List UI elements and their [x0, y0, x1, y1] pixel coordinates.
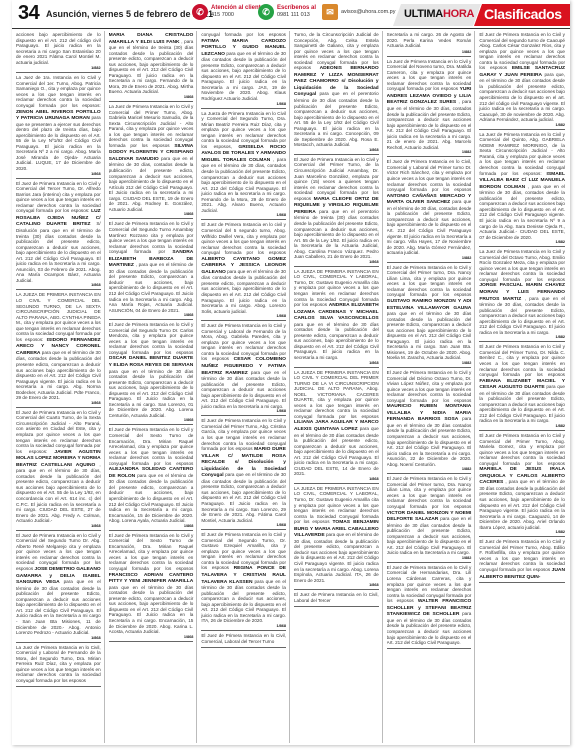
notice-text: para que en el término de 30 días contad… [201, 269, 286, 314]
dateline: Asunción, viernes 5 de febrero de 2021 [46, 9, 213, 19]
legal-notice: El Juez de Primera Instancia en lo Civil… [479, 31, 565, 130]
phone-icon: ✆ [192, 4, 208, 20]
notice-text: para que en el término de 30 días contad… [387, 516, 472, 555]
notice-text: para que en el término de 30 días contad… [109, 473, 194, 523]
notice-parties: MAURICIO RUBEN MONTANIA VILLALBA Y NIDIA… [387, 404, 472, 422]
notice-code: 1/868 [201, 213, 286, 217]
legal-notice: La Juez de Primera Instancia en lo Civil… [479, 248, 565, 342]
notice-text: El Juez de Primera Instancia en lo Civil… [479, 344, 565, 377]
customer-service-contact: ✆ Atención al cliente:415 7000 [192, 4, 266, 20]
notice-text: , para que en el término de 30 días, con… [201, 157, 286, 213]
legal-notice: El Juez de Primera Instancia en lo Civil… [387, 158, 472, 262]
notice-parties: OSCAR DANIEL BENITEZ DUARTE Y ELIDA ROSA… [109, 356, 194, 368]
notice-code: 1/882 [387, 361, 472, 365]
notice-text: para que en el término de 30 días, conta… [387, 199, 472, 255]
legal-notice: El Juez de Primera Instancia en lo Civil… [201, 632, 286, 648]
notice-code: 1/868 [16, 401, 101, 405]
legal-notice: La Juez de Primera Instancia en lo Civil… [387, 58, 472, 158]
legal-notice: Secretaría a mi cargo. 26 de Agosto de 2… [387, 31, 472, 57]
notice-text: para que en el perentorio término de 30 … [294, 91, 379, 147]
email-contact: ✉ avisos@uhora.com.py [322, 4, 396, 20]
notice-code: 1/882 [387, 50, 472, 54]
legal-notice: conyugal formada por los esposos FATIMA … [201, 31, 286, 109]
legal-notice: El Juez de Primera Instancia en lo Civil… [16, 180, 101, 291]
page-header: 34 Asunción, viernes 5 de febrero de 202… [12, 0, 570, 30]
legal-notice: MARIA DIANA CRISTALDO AMARILLA Y ELDI LU… [109, 31, 194, 102]
notice-text: para que, en el término de 30 días conta… [479, 72, 565, 122]
notice-text: La Juez de 1ra. Instancia en lo Civil y … [16, 75, 101, 108]
contact-value: avisos@uhora.com.py [341, 9, 396, 15]
header-divider [12, 28, 570, 29]
legal-notice: El Juez de Primera Instancia en lo Civil… [387, 369, 472, 474]
legal-notice: El Juez de Primera Instancia en lo Civil… [387, 264, 472, 368]
legal-notice: La Juez de Primera Instancia en lo Civil… [16, 644, 101, 688]
notice-text: , para que en el término de 30 días, con… [479, 184, 565, 240]
legal-notice: El Juez de Primera Instancia en lo Civil… [387, 475, 472, 563]
notice-text: para que en el término de 30 días contad… [201, 472, 286, 522]
notice-text: El Juez de Primera Instancia en lo Civil… [387, 370, 472, 403]
notice-text: para que en el término de 30 días contad… [294, 426, 379, 476]
notice-text: La Juez de Primera Instancia en lo Civil… [109, 104, 194, 148]
notice-text: LA JUEZA DE PRIMERA INSTANCIA EN LO CIVI… [294, 370, 379, 419]
legal-notice: El Juez de Primera Instancia en lo Civil… [201, 531, 286, 631]
notice-text: para que en el término de 30 días, conta… [294, 532, 379, 582]
notice-code: 1/868 [201, 102, 286, 106]
column-2: MARIA DIANA CRISTALDO AMARILLA Y ELDI LU… [109, 31, 198, 743]
notice-parties: GUSTAVO RAMIRO MONZON Y ADI ESTELVINA VI… [387, 299, 472, 311]
notice-code: 1/882 [387, 150, 472, 154]
notice-code: 1/868 [109, 418, 194, 422]
notice-code: 1/868 [109, 212, 194, 216]
notice-code: 1/868 [109, 95, 194, 99]
legal-notice: La Juez de Primera Instancia en lo Civil… [109, 103, 194, 219]
notice-code: 1/868 [294, 583, 379, 587]
legal-notice: El Juez de Primera Instancia en lo Civil… [201, 417, 286, 530]
classifieds-columns: acciones bajo apercibimiento de lo dispu… [16, 31, 568, 743]
legal-notice: El Juez de Primera Instancia en lo Civil… [479, 343, 565, 431]
column-4: Turno, de la Circunscripción Judicial de… [294, 31, 383, 743]
legal-notice: El Juez de Primera Instancia en lo Civil… [387, 564, 472, 649]
notice-text: , para que en el término de treinta (30)… [109, 39, 194, 95]
notice-text: El Juez de Primera Instancia en lo Civil… [479, 32, 565, 70]
notice-text: para que en el término de 30 días contad… [387, 416, 472, 466]
notice-code: 1/868 [16, 636, 101, 640]
notice-text: LA JUEZA DE PRIMERA INSTANCIA EN LO CIVI… [294, 269, 379, 307]
notice-text: , para que en el término de 30 días cont… [109, 262, 194, 312]
legal-notice: Turno, de la Circunscripción Judicial de… [294, 31, 379, 155]
notice-text: El Juez de Primera Instancia en lo civil… [201, 222, 286, 255]
notice-text: para que en el término de 30 días contad… [16, 579, 101, 635]
notice-text: para que en el término de 30 días, conta… [109, 156, 194, 212]
legal-notice: El Juez de Primera Instancia en lo Civil… [16, 532, 101, 643]
notice-text: El Juez de Primera Instancia en lo Civil… [201, 323, 286, 361]
notice-code: 1/868 [294, 477, 379, 481]
column-5: Secretaría a mi cargo. 26 de Agosto de 2… [387, 31, 476, 743]
notice-text: para que en el término de 30 días contad… [201, 51, 286, 101]
notice-code: 1/868 [109, 313, 194, 317]
notice-text: El Juez de Primera Instancia en lo Civil… [201, 532, 286, 570]
notice-text: El Juez de Primera Instancia en lo Civil… [387, 565, 472, 603]
legal-notice: La Juez de 1ra. Instancia en lo Civil y … [16, 74, 101, 178]
brand-part-b: HORA [443, 8, 474, 20]
notice-parties: FRANCISCO ADRIAN CANTERO PITTY Y YENI JE… [109, 573, 194, 585]
mail-icon: ✉ [322, 4, 338, 20]
page-number: 34 [18, 2, 39, 25]
legal-notice: LA JUEZA DE PRIMERA INSTANCIA EN LO CIVI… [16, 291, 101, 407]
legal-notice: El Juez de Primera Instancia en lo Civil… [294, 591, 379, 607]
notice-text: El Juez de Primera Instancia en lo Civil… [16, 533, 101, 571]
legal-notice: LA JUEZA DE PRIMERA INSTANCIA EN LO CIVI… [294, 268, 379, 368]
notice-code: 1/868 [294, 260, 379, 264]
notice-code: 1/868 [16, 283, 101, 287]
notice-text: Secretaría a mi cargo. 26 de Agosto de 2… [387, 32, 472, 48]
notice-text: para que en el término de 30 días contad… [387, 311, 472, 360]
notice-code: 1/868 [201, 523, 286, 527]
legal-notice: El Juez de Primera Instancia en lo Civil… [294, 156, 379, 267]
notice-code: 1/868 [16, 524, 101, 528]
section-title: Clasificados [484, 6, 562, 22]
notice-text: , para que en el término de 30 días cont… [479, 479, 565, 529]
notice-text: para que en el término de 30 días contad… [294, 322, 379, 360]
notice-code: 1/882 [387, 467, 472, 471]
legal-notice: LA JUEZA DE PRIMERA INSTANCIA EN LO CIVI… [294, 369, 379, 484]
legal-notice: El Juez de Primera Instancia en lo Civil… [201, 322, 286, 416]
notice-code: 1/882 [479, 530, 565, 534]
notice-text: La Jueza de Primera Instancia en lo Civi… [201, 111, 286, 149]
legal-notice: El Juez de Primera Instancia en lo Civil… [16, 409, 101, 531]
legal-notice: El Juez de Primera Instancia en lo Civil… [109, 532, 194, 642]
notice-text: La Juez de Primera Instancia en lo Civil… [387, 59, 472, 92]
whatsapp-icon: ✆ [258, 4, 274, 20]
column-1: acciones bajo apercibimiento de lo dispu… [16, 31, 105, 743]
notice-text: El Juez de Primera Instancia en lo Civil… [109, 427, 194, 465]
notice-code: 1/882 [479, 240, 565, 244]
whatsapp-contact: ✆ Escríbenos al0981 111 013 [258, 4, 316, 20]
notice-code: 1/882 [387, 256, 472, 260]
notice-text: El Juez de Primera Instancia en lo Civil… [294, 592, 379, 603]
notice-text: para que en el término de 30 días contad… [201, 370, 286, 409]
notice-text: LA JUEZA DE PRIMERA INSTANCIA EN LO CIVI… [294, 486, 379, 524]
notice-text: LA JUEZA DE PRIMERA INSTANCIA EN LO CIVI… [16, 292, 101, 341]
notice-text: El Juez de Primera Instancia en lo Civil… [16, 181, 101, 214]
legal-notice: El Juez de Primera Instancia en lo Civil… [479, 538, 565, 583]
notice-text: El Juez de Primera Instancia en lo Civil… [294, 157, 379, 201]
notice-text: La Juez de Primera Instancia en lo Civil… [479, 249, 565, 282]
notice-text: Turno, de la Circunscripción Judicial de… [294, 32, 379, 70]
legal-notice: LA JUEZA DE PRIMERA INSTANCIA EN LO CIVI… [294, 485, 379, 590]
legal-notice: El Juez de Primera Instancia en lo Civil… [109, 220, 194, 320]
contact-value: 415 7000 [211, 12, 234, 18]
notice-text: La Juez de Primera Instancia en lo Civil… [16, 645, 101, 683]
notice-text: El Juez de Primera Instancia en lo Civil… [109, 322, 194, 355]
legal-notice: El Juez de Primera Instancia en lo Civil… [479, 432, 565, 537]
contact-value: 0981 111 013 [277, 12, 310, 18]
notice-text: para que en el término de 30 días contad… [109, 585, 194, 634]
notice-text: S/ Disolución para que en el término de … [16, 221, 101, 282]
legal-notice: acciones bajo apercibimiento de lo dispu… [16, 31, 101, 73]
notice-text: para que en el término de 30 días, conta… [16, 350, 101, 400]
notice-code: 1/868 [109, 524, 194, 528]
notice-text: El Juez de Primera Instancia en lo Civil… [201, 633, 286, 644]
notice-text: El Juez de Primera Instancia en lo Civil… [387, 265, 472, 298]
notice-text: para que en el término de 30 días contad… [201, 579, 286, 624]
notice-code: 1/882 [479, 335, 565, 339]
notice-parties: ZENON ABEL RIVEROS PORTILLO Y PATRICIA U… [16, 110, 101, 122]
newspaper-page: 34 Asunción, viernes 5 de febrero de 202… [12, 0, 570, 745]
notice-text: , para que en el término de 30 días, con… [387, 99, 472, 149]
legal-notice: El Juez de Primera Instancia en lo Civil… [109, 321, 194, 425]
notice-text: conyugal formada por los esposos [201, 32, 286, 37]
notice-text: La Juez de Primera Instancia en lo Civil… [479, 132, 565, 176]
contact-label: Escríbenos al [277, 5, 316, 12]
legal-notice: El Juez de Primera Instancia en lo Civil… [109, 426, 194, 530]
column-6: El Juez de Primera Instancia en lo Civil… [479, 31, 568, 743]
brand-part-a: ULTIMA [404, 8, 443, 20]
notice-code: 1/868 [201, 314, 286, 318]
notice-code: 1/882 [387, 556, 472, 560]
notice-code: 1/882 [479, 424, 565, 428]
brand-logo: ULTIMAHORA [404, 8, 474, 20]
notice-code: 1/868 [201, 624, 286, 628]
notice-code: 1/868 [294, 148, 379, 152]
notice-text: acciones bajo apercibimiento de lo dispu… [16, 32, 101, 65]
notice-code: 1/882 [479, 123, 565, 127]
notice-text: para que en el término de 30 días contad… [109, 369, 194, 418]
notice-text: , para que en el término de 30 días, con… [16, 462, 101, 523]
notice-text: para que se presenten a ejercer sus dere… [16, 115, 101, 171]
notice-code: 1/868 [201, 409, 286, 413]
notice-code: 1/868 [16, 172, 101, 176]
notice-code: 1/868 [294, 361, 379, 365]
legal-notice: La Jueza de Primera Instancia en lo Civi… [201, 110, 286, 221]
notice-text: El Juez de Primera Instancia en lo Civil… [479, 433, 565, 466]
notice-text: El Juez de Primera Instancia en lo Civil… [109, 533, 194, 571]
notice-code: 1/882 [16, 66, 101, 70]
notice-text: El Juez de Primera Instancia en lo Civil… [387, 476, 472, 509]
notice-text: , para que en el término de 30 días, con… [479, 296, 565, 335]
notice-code: 1/868 [109, 635, 194, 639]
notice-text: El Juez de Primera Instancia en lo Civil… [16, 410, 101, 454]
column-3: conyugal formada por los esposos FATIMA … [201, 31, 290, 743]
notice-text: El Juez de Primera Instancia en lo Civil… [387, 159, 472, 192]
notice-text: para que en el perentorio término de tre… [294, 209, 379, 259]
legal-notice: La Juez de Primera Instancia en lo Civil… [479, 131, 565, 247]
notice-text: para que en el término de 30 días contad… [479, 384, 565, 423]
legal-notice: El Juez de Primera Instancia en lo civil… [201, 221, 286, 321]
